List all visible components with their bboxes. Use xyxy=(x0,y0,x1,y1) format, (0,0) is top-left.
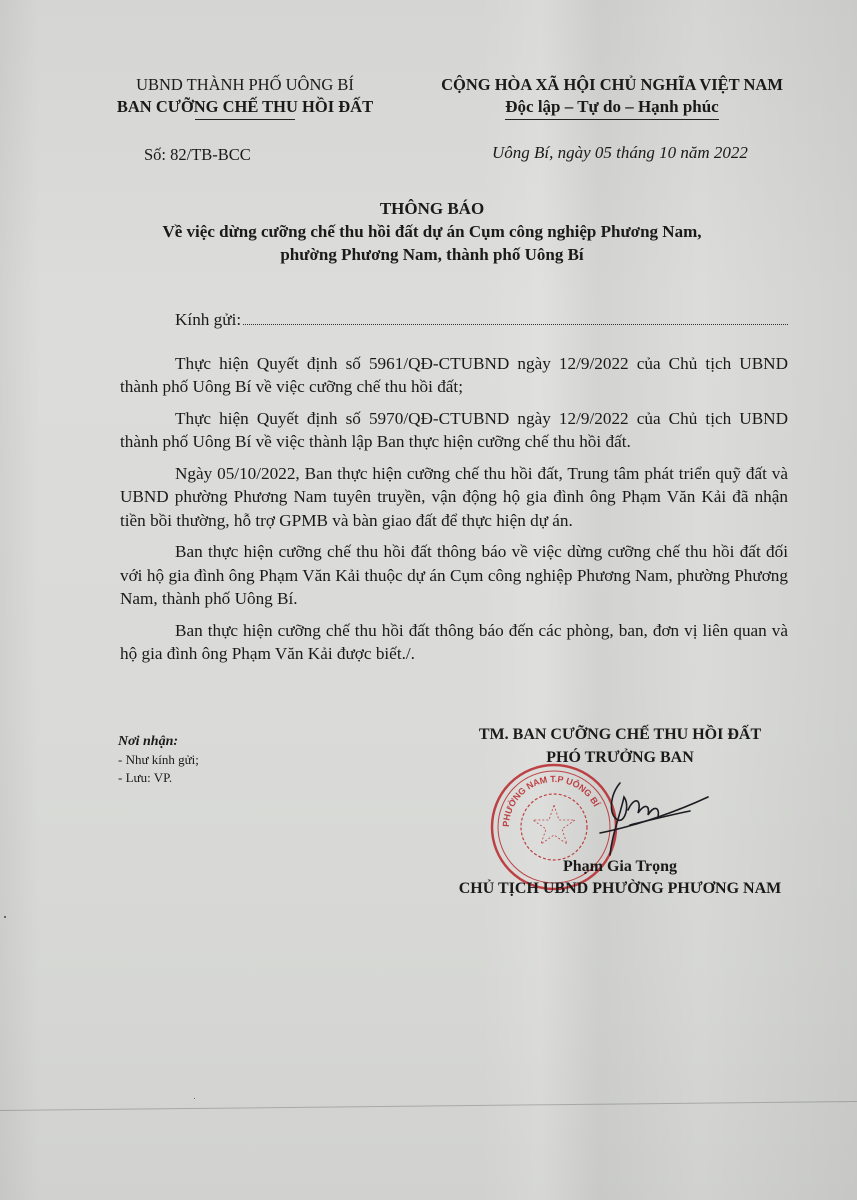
issuer-underline xyxy=(195,119,295,120)
document-page: UBND THÀNH PHỐ UÔNG BÍ BAN CƯỠNG CHẾ THU… xyxy=(0,0,857,1200)
national-title: CỘNG HÒA XÃ HỘI CHỦ NGHĨA VIỆT NAM xyxy=(402,74,822,96)
recipients-list: Nơi nhận: - Như kính gửi; - Lưu: VP. xyxy=(118,733,199,787)
national-header: CỘNG HÒA XÃ HỘI CHỦ NGHĨA VIỆT NAM Độc l… xyxy=(402,74,822,120)
body-paragraph: Ngày 05/10/2022, Ban thực hiện cưỡng chế… xyxy=(120,462,788,533)
paper-speck xyxy=(194,1098,195,1099)
body-paragraph: Ban thực hiện cưỡng chế thu hồi đất thôn… xyxy=(120,619,788,666)
body-paragraph: Thực hiện Quyết định số 5970/QĐ-CTUBND n… xyxy=(120,407,788,454)
issuer-parent: UBND THÀNH PHỐ UÔNG BÍ xyxy=(95,74,395,96)
addressee-label: Kính gửi: xyxy=(175,308,241,332)
signer-official-title: CHỦ TỊCH UBND PHƯỜNG PHƯƠNG NAM xyxy=(420,880,820,898)
recipient-item: - Lưu: VP. xyxy=(118,769,199,787)
document-title: THÔNG BÁO Về việc dừng cưỡng chế thu hồi… xyxy=(100,197,764,266)
paper-speck xyxy=(4,916,6,918)
place-date: Uông Bí, ngày 05 tháng 10 năm 2022 xyxy=(492,143,748,163)
document-number: Số: 82/TB-BCC xyxy=(144,145,251,165)
document-body: Kính gửi: Thực hiện Quyết định số 5961/Q… xyxy=(120,308,788,674)
paper-fold-line xyxy=(0,1101,857,1111)
on-behalf-of: TM. BAN CƯỠNG CHẾ THU HỒI ĐẤT xyxy=(420,723,820,746)
title-subject-line2: phường Phương Nam, thành phố Uông Bí xyxy=(100,243,764,266)
title-subject-line1: Về việc dừng cưỡng chế thu hồi đất dự án… xyxy=(100,220,764,243)
addressee-line: Kính gửi: xyxy=(120,308,788,332)
body-paragraph: Thực hiện Quyết định số 5961/QĐ-CTUBND n… xyxy=(120,352,788,399)
national-motto: Độc lập – Tự do – Hạnh phúc xyxy=(505,96,718,120)
addressee-blank xyxy=(243,312,788,325)
title-heading: THÔNG BÁO xyxy=(100,197,764,220)
body-paragraph: Ban thực hiện cưỡng chế thu hồi đất thôn… xyxy=(120,540,788,611)
signer-name: Phạm Gia Trọng xyxy=(420,858,820,876)
recipients-heading: Nơi nhận: xyxy=(118,733,199,751)
issuer-name: BAN CƯỠNG CHẾ THU HỒI ĐẤT xyxy=(95,96,395,118)
handwritten-signature-icon xyxy=(590,775,710,860)
issuer-header: UBND THÀNH PHỐ UÔNG BÍ BAN CƯỠNG CHẾ THU… xyxy=(95,74,395,120)
recipient-item: - Như kính gửi; xyxy=(118,751,199,769)
